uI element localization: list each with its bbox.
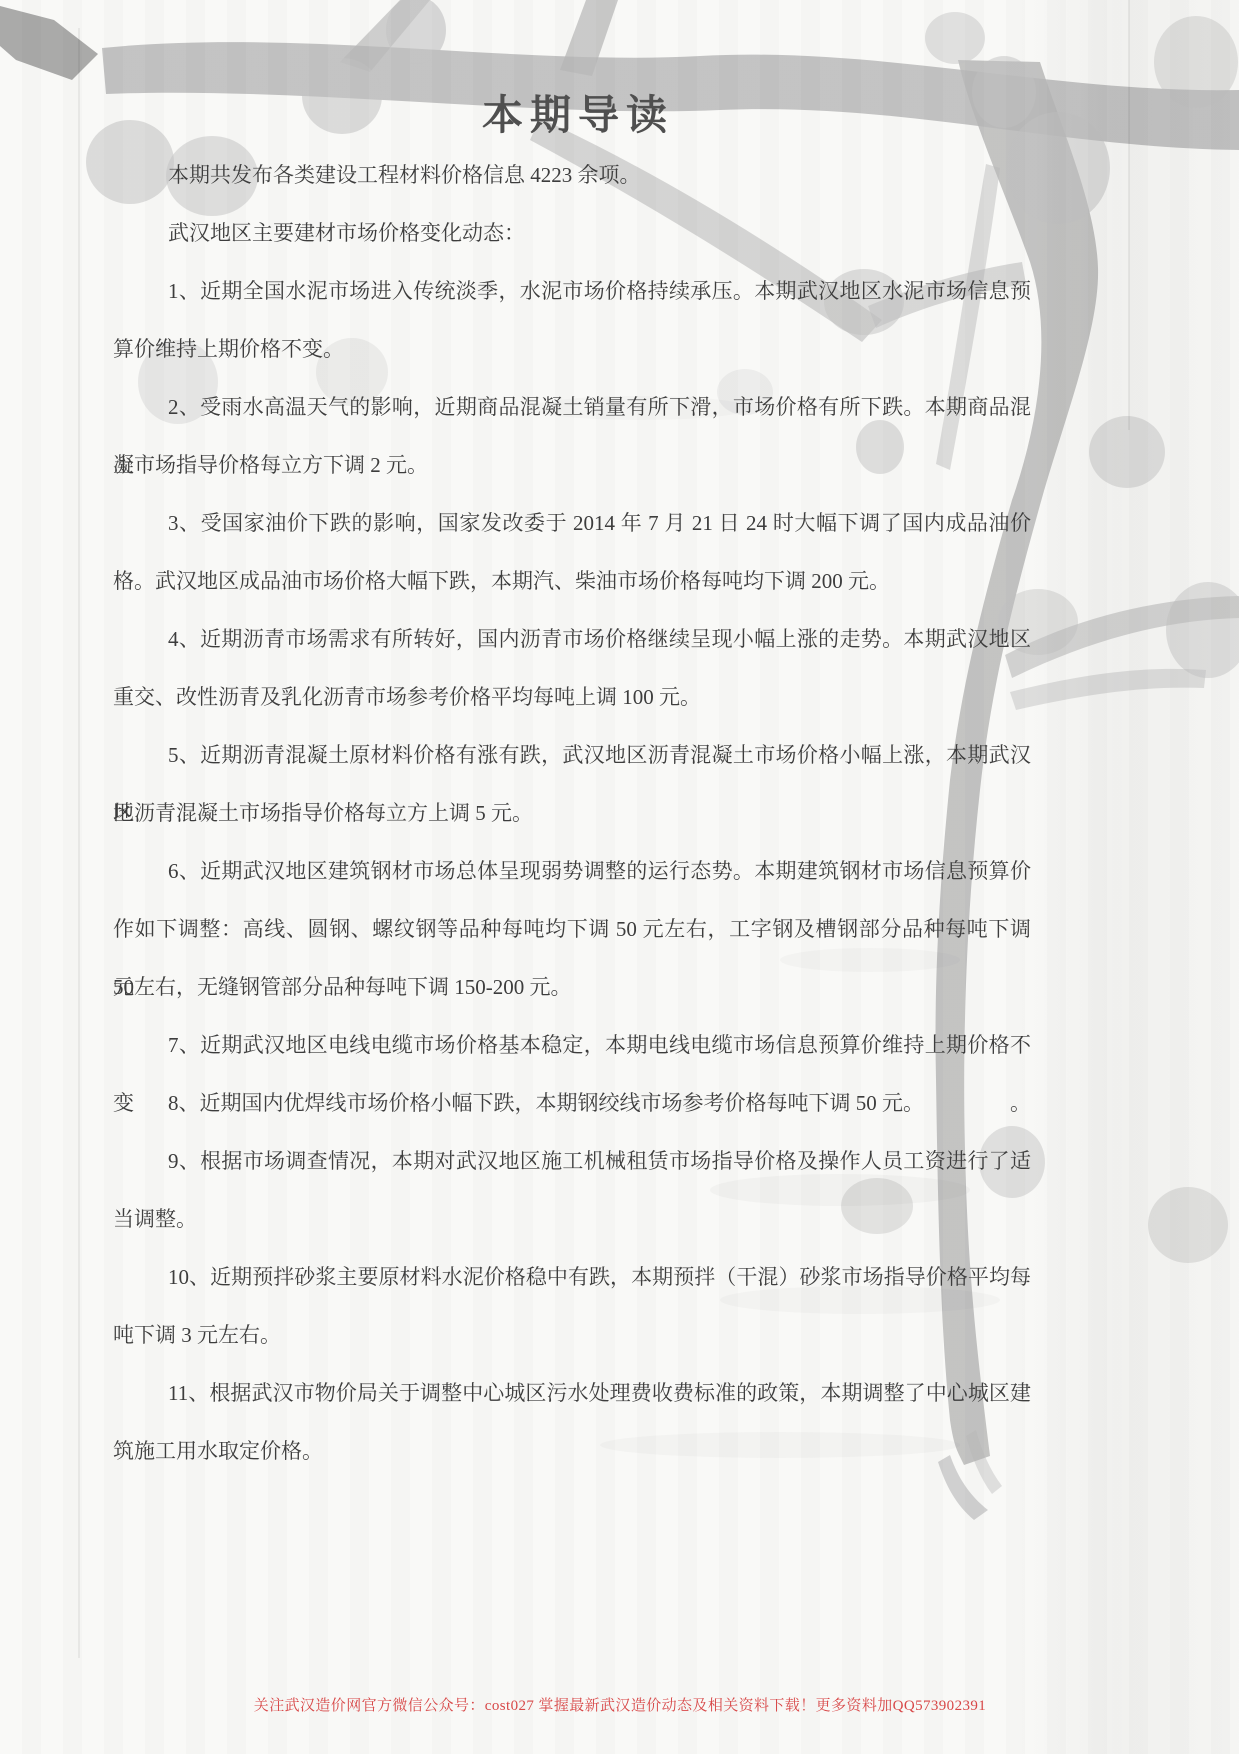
text-line: 2、受雨水高温天气的影响，近期商品混凝土销量有所下滑，市场价格有所下跌。本期商品…	[113, 378, 1031, 436]
text-line: 重交、改性沥青及乳化沥青市场参考价格平均每吨上调 100 元。	[113, 668, 1031, 726]
text-line: 吨下调 3 元左右。	[113, 1306, 1031, 1364]
text-line: 8、近期国内优焊线市场价格小幅下跌，本期钢绞线市场参考价格每吨下调 50 元。	[113, 1074, 1031, 1132]
scan-fold-line-right	[1128, 0, 1130, 430]
text-line: 算价维持上期价格不变。	[113, 320, 1031, 378]
text-line: 当调整。	[113, 1190, 1031, 1248]
text-line: 元左右，无缝钢管部分品种每吨下调 150-200 元。	[113, 958, 1031, 1016]
scan-fold-line-left	[78, 28, 80, 1658]
document-page: 本期导读 本期共发布各类建设工程材料价格信息 4223 余项。武汉地区主要建材市…	[0, 0, 1239, 1754]
text-line: 筑施工用水取定价格。	[113, 1422, 1031, 1480]
footer-notice: 关注武汉造价网官方微信公众号：cost027 掌握最新武汉造价动态及相关资料下载…	[254, 1694, 986, 1715]
text-line: 9、根据市场调查情况，本期对武汉地区施工机械租赁市场指导价格及操作人员工资进行了…	[113, 1132, 1031, 1190]
text-line: 格。武汉地区成品油市场价格大幅下跌，本期汽、柴油市场价格每吨均下调 200 元。	[113, 552, 1031, 610]
text-line: 7、近期武汉地区电线电缆市场价格基本稳定，本期电线电缆市场信息预算价维持上期价格…	[113, 1016, 1031, 1074]
text-line: 土市场指导价格每立方下调 2 元。	[113, 436, 1031, 494]
text-line: 1、近期全国水泥市场进入传统淡季，水泥市场价格持续承压。本期武汉地区水泥市场信息…	[113, 262, 1031, 320]
text-line: 区沥青混凝土市场指导价格每立方上调 5 元。	[113, 784, 1031, 842]
text-line: 作如下调整：高线、圆钢、螺纹钢等品种每吨均下调 50 元左右，工字钢及槽钢部分品…	[113, 900, 1031, 958]
document-body: 本期共发布各类建设工程材料价格信息 4223 余项。武汉地区主要建材市场价格变化…	[113, 146, 1031, 1480]
text-line: 4、近期沥青市场需求有所转好，国内沥青市场价格继续呈现小幅上涨的走势。本期武汉地…	[113, 610, 1031, 668]
page-title: 本期导读	[482, 82, 674, 141]
text-line: 本期共发布各类建设工程材料价格信息 4223 余项。	[113, 146, 1031, 204]
text-line: 3、受国家油价下跌的影响，国家发改委于 2014 年 7 月 21 日 24 时…	[113, 494, 1031, 552]
text-line: 武汉地区主要建材市场价格变化动态：	[113, 204, 1031, 262]
text-line: 5、近期沥青混凝土原材料价格有涨有跌，武汉地区沥青混凝土市场价格小幅上涨，本期武…	[113, 726, 1031, 784]
text-line: 10、近期预拌砂浆主要原材料水泥价格稳中有跌，本期预拌（干混）砂浆市场指导价格平…	[113, 1248, 1031, 1306]
text-line: 11、根据武汉市物价局关于调整中心城区污水处理费收费标准的政策，本期调整了中心城…	[113, 1364, 1031, 1422]
text-line: 6、近期武汉地区建筑钢材市场总体呈现弱势调整的运行态势。本期建筑钢材市场信息预算…	[113, 842, 1031, 900]
